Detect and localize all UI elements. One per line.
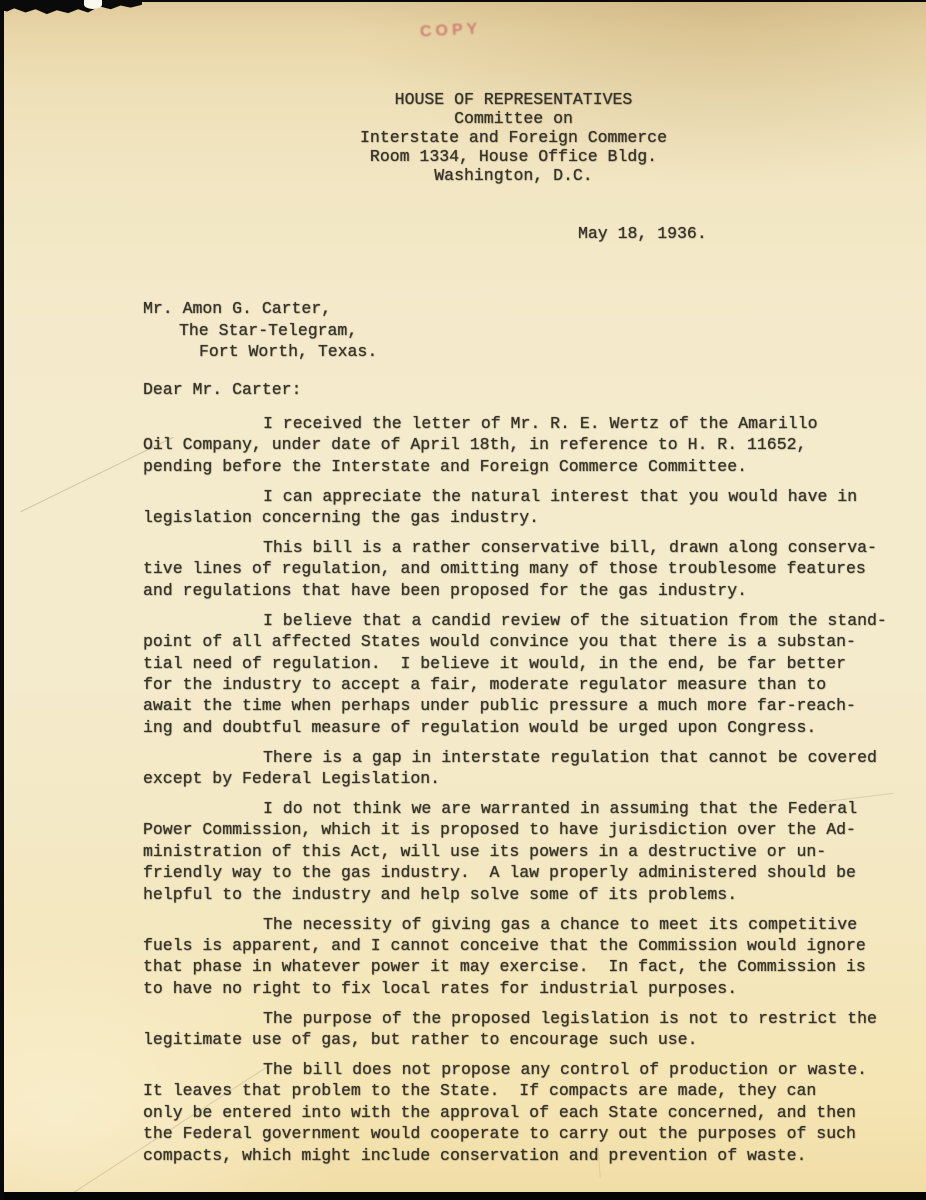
letterhead: HOUSE OF REPRESENTATIVES Committee on In… (13, 2, 926, 185)
recipient-city: Fort Worth, Texas. (199, 341, 896, 362)
paragraph-3: This bill is a rather conservative bill,… (143, 537, 896, 601)
paragraph-9: The bill does not propose any control of… (143, 1059, 896, 1166)
letterhead-line-committee-name: Interstate and Foreign Commerce (13, 128, 926, 147)
letterhead-line-city: Washington, D.C. (13, 166, 926, 185)
salutation: Dear Mr. Carter: (143, 379, 896, 400)
paragraph-2: I can appreciate the natural interest th… (143, 486, 896, 529)
paragraph-1: I received the letter of Mr. R. E. Wertz… (143, 413, 896, 477)
paragraph-5: There is a gap in interstate regulation … (143, 747, 896, 790)
recipient-name: Mr. Amon G. Carter, (143, 298, 896, 319)
scan-border-left (0, 0, 4, 1200)
recipient-company: The Star-Telegram, (179, 320, 896, 341)
paragraph-8: The purpose of the proposed legislation … (143, 1008, 896, 1051)
recipient-address: Mr. Amon G. Carter, The Star-Telegram, F… (143, 298, 896, 362)
paragraph-6: I do not think we are warranted in assum… (143, 798, 896, 905)
paper-tear-spot (84, 0, 102, 9)
paragraph-4: I believe that a candid review of the si… (143, 610, 896, 738)
letterhead-line-room: Room 1334, House Office Bldg. (13, 147, 926, 166)
letterhead-line-committee: Committee on (13, 109, 926, 128)
paragraph-7: The necessity of giving gas a chance to … (143, 914, 896, 1000)
letter-date: May 18, 1936. (578, 223, 896, 244)
letter-page: COPY HOUSE OF REPRESENTATIVES Committee … (4, 2, 926, 1192)
letterhead-line-org: HOUSE OF REPRESENTATIVES (13, 90, 926, 109)
letter-content: HOUSE OF REPRESENTATIVES Committee on In… (4, 2, 926, 1166)
